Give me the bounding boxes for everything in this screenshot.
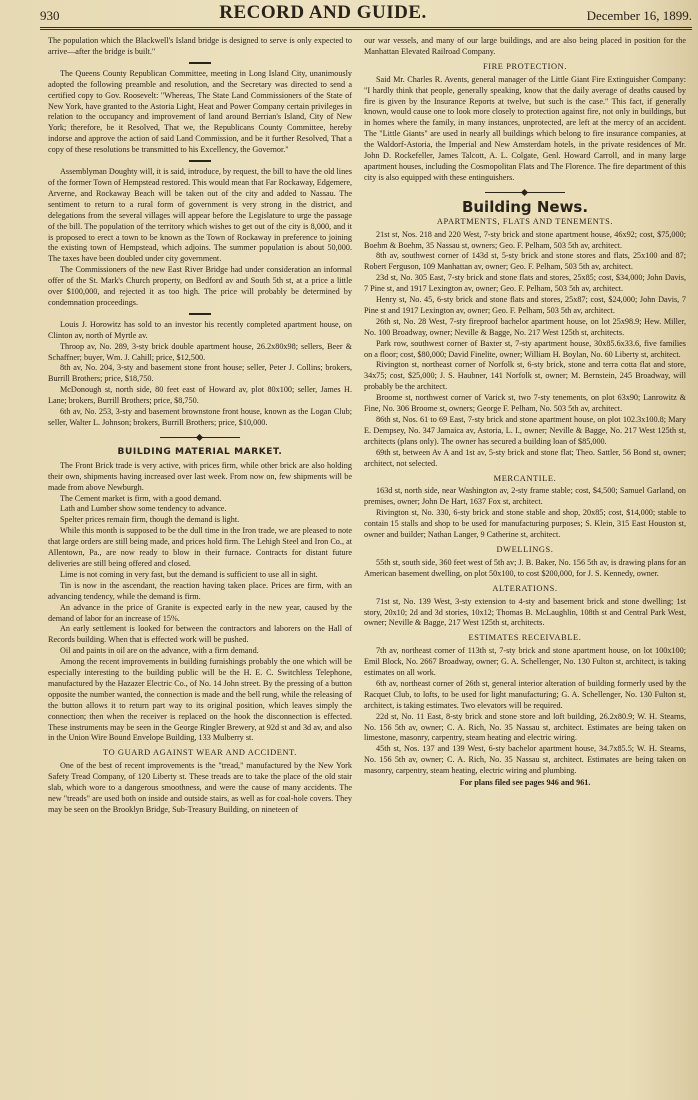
listing-item: Henry st, No. 45, 6-sty brick and stone … <box>364 295 686 317</box>
market-paragraph: Spelter prices remain firm, though the d… <box>48 515 352 526</box>
ornament-divider <box>160 435 240 441</box>
newspaper-page: 930 RECORD AND GUIDE. December 16, 1899.… <box>0 0 698 1100</box>
header-rule <box>40 27 692 30</box>
ornament-divider <box>485 190 565 196</box>
page-number: 930 <box>40 8 60 24</box>
sale-item: Throop av, No. 289, 3-sty brick double a… <box>48 342 352 364</box>
subheading-dwellings: DWELLINGS. <box>364 545 686 556</box>
publication-title: RECORD AND GUIDE. <box>219 2 427 24</box>
market-paragraph: An advance in the price of Granite is ex… <box>48 603 352 625</box>
market-paragraph: Oil and paints in oil are on the advance… <box>48 646 352 657</box>
listing-item: 21st st, Nos. 218 and 220 West, 7-sty br… <box>364 230 686 252</box>
right-column: our war vessels, and many of our large b… <box>364 36 686 789</box>
article-commissioners: The Commissioners of the new East River … <box>48 265 352 309</box>
market-paragraph: An early settlement is looked for betwee… <box>48 624 352 646</box>
listing-item: Park row, southwest corner of Baxter st,… <box>364 339 686 361</box>
divider <box>189 62 211 64</box>
listing-item: 23d st, No. 305 East, 7-sty brick and st… <box>364 273 686 295</box>
masthead: 930 RECORD AND GUIDE. December 16, 1899. <box>40 4 692 24</box>
footer-note-plans: For plans filed see pages 946 and 961. <box>364 778 686 789</box>
article-continuation: our war vessels, and many of our large b… <box>364 36 686 58</box>
market-paragraph: Lath and Lumber show some tendency to ad… <box>48 504 352 515</box>
listing-item: 55th st, south side, 360 feet west of 5t… <box>364 558 686 580</box>
listing-item: 8th av, southwest corner of 143d st, 5-s… <box>364 251 686 273</box>
market-paragraph: The Front Brick trade is very active, wi… <box>48 461 352 494</box>
listing-item: Rivington st, No. 330, 6-sty brick and s… <box>364 508 686 541</box>
sale-item: Louis J. Horowitz has sold to an investo… <box>48 320 352 342</box>
subheading-estimates: ESTIMATES RECEIVABLE. <box>364 633 686 644</box>
article-doughty: Assemblyman Doughty will, it is said, in… <box>48 167 352 265</box>
listing-item: 86th st, Nos. 61 to 69 East, 7-sty brick… <box>364 415 686 448</box>
market-paragraph: The Cement market is firm, with a good d… <box>48 494 352 505</box>
issue-date: December 16, 1899. <box>587 8 692 24</box>
article-queens-committee: The Queens County Republican Committee, … <box>48 69 352 156</box>
listing-item: Broome st, northwest corner of Varick st… <box>364 393 686 415</box>
listing-item: Rivington st, northeast corner of Norfol… <box>364 360 686 393</box>
sale-item: McDonough st, north side, 80 feet east o… <box>48 385 352 407</box>
divider <box>189 313 211 315</box>
listing-item: 45th st, Nos. 137 and 139 West, 6-sty ba… <box>364 744 686 777</box>
listing-item: 71st st, No. 139 West, 3-sty extension t… <box>364 597 686 630</box>
market-paragraph: Lime is not coming in very fast, but the… <box>48 570 352 581</box>
listing-item: 163d st, north side, near Washington av,… <box>364 486 686 508</box>
listing-item: 69th st, between Av A and 1st av, 5-sty … <box>364 448 686 470</box>
left-column: The population which the Blackwell's Isl… <box>48 36 352 816</box>
listing-item: 7th av, northeast corner of 113th st, 7-… <box>364 646 686 679</box>
article-tread: One of the best of recent improvements i… <box>48 761 352 816</box>
section-heading-building-news: Building News. <box>364 202 686 213</box>
subheading-mercantile: MERCANTILE. <box>364 474 686 485</box>
section-heading-market: BUILDING MATERIAL MARKET. <box>48 447 352 458</box>
divider <box>189 160 211 162</box>
listing-item: 26th st, No. 28 West, 7-sty fireproof ba… <box>364 317 686 339</box>
article-blackwells-bridge: The population which the Blackwell's Isl… <box>48 36 352 58</box>
market-paragraph: Among the recent improvements in buildin… <box>48 657 352 744</box>
subheading-alterations: ALTERATIONS. <box>364 584 686 595</box>
sale-item: 6th av, No. 253, 3-sty and basement brow… <box>48 407 352 429</box>
section-heading-fire: FIRE PROTECTION. <box>364 62 686 73</box>
sale-item: 8th av, No. 204, 3-sty and basement ston… <box>48 363 352 385</box>
section-heading-tread: TO GUARD AGAINST WEAR AND ACCIDENT. <box>48 748 352 759</box>
article-fire-protection: Said Mr. Charles R. Avents, general mana… <box>364 75 686 184</box>
subheading-apartments: APARTMENTS, FLATS AND TENEMENTS. <box>364 217 686 228</box>
market-paragraph: While this month is supposed to be the d… <box>48 526 352 570</box>
listing-item: 22d st, No. 11 East, 8-sty brick and sto… <box>364 712 686 745</box>
listing-item: 6th av, northeast corner of 26th st, gen… <box>364 679 686 712</box>
market-paragraph: Tin is now in the ascendant, the reactio… <box>48 581 352 603</box>
